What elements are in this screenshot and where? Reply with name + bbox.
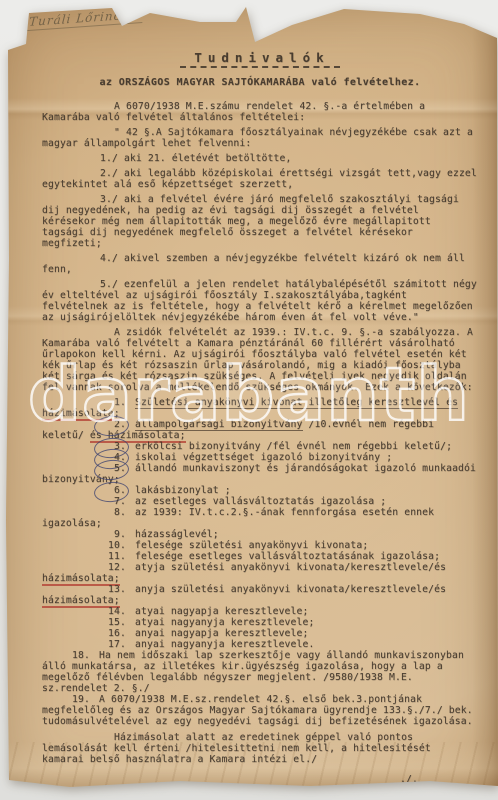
item-number: 16. — [100, 628, 126, 639]
item-number: 1. — [100, 397, 126, 408]
pencil-underlined-text: Születési anyakönyvi kivonat illetőleg k… — [135, 397, 458, 409]
middle-paragraph: A zsidók felvételét az 1939.: IV.t.c. 9.… — [42, 327, 478, 393]
item-number: 14. — [100, 606, 126, 617]
item-number: 18. — [64, 650, 90, 661]
item-text: iskolai végzettséget igazoló bizonyitván… — [135, 452, 392, 463]
item-number: 19. — [64, 694, 90, 705]
item-text: anyai nagyanyja keresztlevele. — [135, 639, 314, 650]
condition-item: 2./ aki legalább középiskolai érettségi … — [42, 168, 478, 190]
photo-background: Turáli Lőrincz / Tudnivalók az ORSZÁGOS … — [0, 0, 498, 800]
document-item: 13.anyja születési anyakönyvi kivonata/k… — [42, 584, 478, 606]
paper-wrapper: Turáli Lőrincz / Tudnivalók az ORSZÁGOS … — [0, 0, 498, 800]
document-item: 8.az 1939: IV.t.c.2.§.-ának fennforgása … — [42, 507, 478, 529]
title-row: Tudnivalók — [42, 52, 478, 68]
item-text: anyja születési anyakönyvi kivonata/kere… — [135, 584, 446, 595]
intro-paragraph-2: " 42 §.A Sajtókamara főosztályainak névj… — [42, 127, 478, 149]
item-text: atyja születési anyakönyvi kivonata/kere… — [135, 562, 446, 573]
required-documents-list: 1.Születési anyakönyvi kivonat illetőleg… — [42, 397, 478, 727]
condition-text: aki 21. életévét betöltötte, — [124, 153, 292, 164]
item-text: az esetleges vallásváltoztatás igazolása… — [135, 496, 386, 507]
condition-item: 4./ akivel szemben a névjegyzékbe felvét… — [42, 253, 478, 275]
condition-number: 3./ — [100, 194, 118, 205]
condition-number: 5./ — [100, 279, 118, 290]
condition-item: 5./ ezenfelül a jelen rendelet hatálybal… — [42, 279, 478, 323]
end-mark: ./. — [42, 774, 418, 785]
closing-paragraph: Házimásolat alatt az eredetinek géppel v… — [42, 732, 478, 765]
item-number: 17. — [100, 639, 126, 650]
condition-number: 4./ — [100, 253, 118, 264]
document-content: Tudnivalók az ORSZÁGOS MAGYAR SAJTÓKAMAR… — [42, 52, 478, 785]
document-item: 15.atyai nagyanyja keresztlevele; — [42, 617, 478, 628]
item-number: 13. — [100, 584, 126, 595]
document-paper: Turáli Lőrincz / Tudnivalók az ORSZÁGOS … — [0, 0, 498, 800]
item-number-circled: 6. — [100, 485, 126, 496]
document-item: 18.Ha nem időszaki lap szerkesztője vagy… — [42, 650, 478, 694]
document-item: 10.felesége születési anyakönyvi kivonat… — [42, 540, 478, 551]
item-number: 10. — [100, 540, 126, 551]
item-text: atyai nagyapja keresztlevele; — [135, 606, 309, 617]
item-text: atyai nagyanyja keresztlevele; — [135, 617, 314, 628]
item-text: felesége esetleges vallásváltoztatásának… — [135, 551, 440, 562]
item-text: anyai nagyapja keresztlevele; — [135, 628, 309, 639]
intro-paragraph-1: A 6070/1938 M.E.számu rendelet 42. §.-a … — [42, 101, 478, 123]
document-item: 17.anyai nagyanyja keresztlevele. — [42, 639, 478, 650]
document-item: 11.felesége esetleges vallásváltoztatásá… — [42, 551, 478, 562]
item-text: házasságlevél; — [135, 529, 219, 540]
item-text: lakásbizonylat ; — [135, 485, 231, 496]
item-number: 7. — [100, 496, 126, 507]
item-text: A 6070/1938 M.E.sz.rendelet 42.§. első b… — [42, 694, 473, 727]
item-number: 15. — [100, 617, 126, 628]
item-number: 9. — [100, 529, 126, 540]
page-subtitle: az ORSZÁGOS MAGYAR SAJTÓKAMARÁBA való fe… — [42, 77, 478, 88]
condition-item: 3./ aki a felvétel évére járó megfelelő … — [42, 194, 478, 249]
document-item: 16.anyai nagyapja keresztlevele; — [42, 628, 478, 639]
handwritten-annotation: Turáli Lőrincz / — [27, 7, 143, 31]
document-item: 9.házasságlevél; — [42, 529, 478, 540]
document-item: 7.az esetleges vallásváltoztatás igazolá… — [42, 496, 478, 507]
item-text: felesége születési anyakönyvi kivonata; — [135, 540, 368, 551]
item-number-circled: 2. — [100, 419, 126, 430]
document-item: 12.atyja születési anyakönyvi kivonata/k… — [42, 562, 478, 584]
condition-number: 1./ — [100, 153, 118, 164]
item-number: 12. — [100, 562, 126, 573]
item-text: Ha nem időszaki lap szerkesztője vagy ál… — [42, 650, 464, 694]
item-text: erkölcsi bizonyitvány /fél évnél nem rég… — [135, 441, 452, 452]
item-number: 8. — [100, 507, 126, 518]
page-title: Tudnivalók — [180, 52, 339, 68]
document-item: 14.atyai nagyapja keresztlevele; — [42, 606, 478, 617]
condition-item: 1./ aki 21. életévét betöltötte, — [42, 153, 478, 164]
document-item: 6.lakásbizonylat ; — [42, 485, 478, 496]
item-number-circled: 5. — [100, 463, 126, 474]
item-number: 11. — [100, 551, 126, 562]
document-item: 19.A 6070/1938 M.E.sz.rendelet 42.§. els… — [42, 694, 478, 727]
condition-number: 2./ — [100, 168, 118, 179]
